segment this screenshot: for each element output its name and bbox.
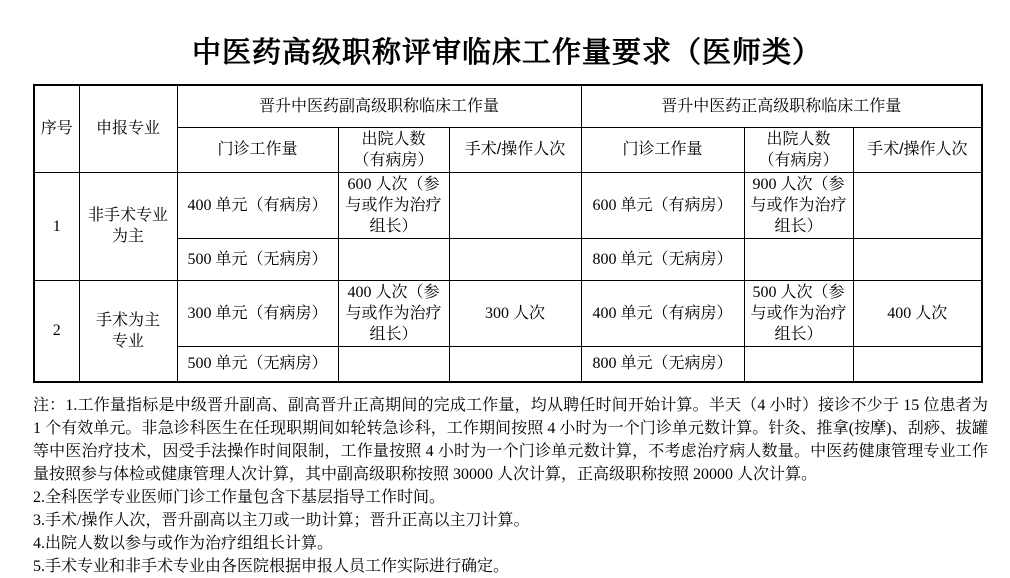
- cell-deputy-surgery: [449, 238, 581, 280]
- header-row-subcolumns: 门诊工作量 出院人数 （有病房） 手术/操作人次 门诊工作量 出院人数 （有病房…: [34, 127, 982, 172]
- cell-specialty: 非手术专业 为主: [79, 172, 177, 280]
- cell-full-discharge: [744, 346, 853, 382]
- cell-seq: 2: [34, 280, 79, 382]
- header-full-group: 晋升中医药正高级职称临床工作量: [581, 85, 982, 127]
- cell-deputy-discharge: [338, 238, 449, 280]
- table-row: 500 单元（无病房） 800 单元（无病房）: [34, 346, 982, 382]
- header-discharge-full: 出院人数 （有病房）: [744, 127, 853, 172]
- cell-deputy-discharge: 400 人次（参与或作为治疗组长）: [338, 280, 449, 346]
- cell-deputy-surgery: 300 人次: [449, 280, 581, 346]
- cell-deputy-surgery: [449, 346, 581, 382]
- header-surgery-deputy: 手术/操作人次: [449, 127, 581, 172]
- note-item: 5.手术专业和非手术专业由各医院根据申报人员工作实际进行确定。: [33, 555, 988, 578]
- cell-deputy-outpatient: 400 单元（有病房）: [177, 172, 338, 238]
- document-page: 中医药高级职称评审临床工作量要求（医师类） 序号 申报专业 晋升中医药副高级职称…: [0, 0, 1010, 578]
- table-row: 2 手术为主 专业 300 单元（有病房） 400 人次（参与或作为治疗组长） …: [34, 280, 982, 346]
- cell-full-surgery: 400 人次: [853, 280, 982, 346]
- header-surgery-full: 手术/操作人次: [853, 127, 982, 172]
- cell-full-outpatient: 600 单元（有病房）: [581, 172, 744, 238]
- cell-deputy-outpatient: 500 单元（无病房）: [177, 346, 338, 382]
- cell-full-discharge: [744, 238, 853, 280]
- note-item: 2.全科医学专业医师门诊工作量包含下基层指导工作时间。: [33, 486, 988, 509]
- note-item: 4.出院人数以参与或作为治疗组组长计算。: [33, 532, 988, 555]
- cell-specialty: 手术为主 专业: [79, 280, 177, 382]
- cell-full-surgery: [853, 238, 982, 280]
- note-item: 3.手术/操作人次，晋升副高以主刀或一助计算；晋升正高以主刀计算。: [33, 509, 988, 532]
- table-row: 1 非手术专业 为主 400 单元（有病房） 600 人次（参与或作为治疗组长）…: [34, 172, 982, 238]
- cell-full-discharge: 900 人次（参与或作为治疗组长）: [744, 172, 853, 238]
- cell-deputy-outpatient: 500 单元（无病房）: [177, 238, 338, 280]
- cell-deputy-outpatient: 300 单元（有病房）: [177, 280, 338, 346]
- cell-full-outpatient: 400 单元（有病房）: [581, 280, 744, 346]
- header-outpatient-full: 门诊工作量: [581, 127, 744, 172]
- notes-section: 注：1.工作量指标是中级晋升副高、副高晋升正高期间的完成工作量，均从聘任时间开始…: [33, 394, 988, 578]
- cell-deputy-surgery: [449, 172, 581, 238]
- cell-full-outpatient: 800 单元（无病房）: [581, 346, 744, 382]
- header-seq: 序号: [34, 85, 79, 172]
- workload-table: 序号 申报专业 晋升中医药副高级职称临床工作量 晋升中医药正高级职称临床工作量 …: [33, 84, 983, 383]
- header-row-groups: 序号 申报专业 晋升中医药副高级职称临床工作量 晋升中医药正高级职称临床工作量: [34, 85, 982, 127]
- page-title: 中医药高级职称评审临床工作量要求（医师类）: [33, 36, 981, 70]
- cell-full-outpatient: 800 单元（无病房）: [581, 238, 744, 280]
- header-discharge-deputy: 出院人数 （有病房）: [338, 127, 449, 172]
- header-specialty: 申报专业: [79, 85, 177, 172]
- cell-deputy-discharge: 600 人次（参与或作为治疗组长）: [338, 172, 449, 238]
- cell-seq: 1: [34, 172, 79, 280]
- cell-deputy-discharge: [338, 346, 449, 382]
- cell-full-surgery: [853, 172, 982, 238]
- cell-full-discharge: 500 人次（参与或作为治疗组长）: [744, 280, 853, 346]
- cell-full-surgery: [853, 346, 982, 382]
- header-deputy-group: 晋升中医药副高级职称临床工作量: [177, 85, 581, 127]
- header-outpatient-deputy: 门诊工作量: [177, 127, 338, 172]
- note-item: 注：1.工作量指标是中级晋升副高、副高晋升正高期间的完成工作量，均从聘任时间开始…: [33, 394, 988, 486]
- table-row: 500 单元（无病房） 800 单元（无病房）: [34, 238, 982, 280]
